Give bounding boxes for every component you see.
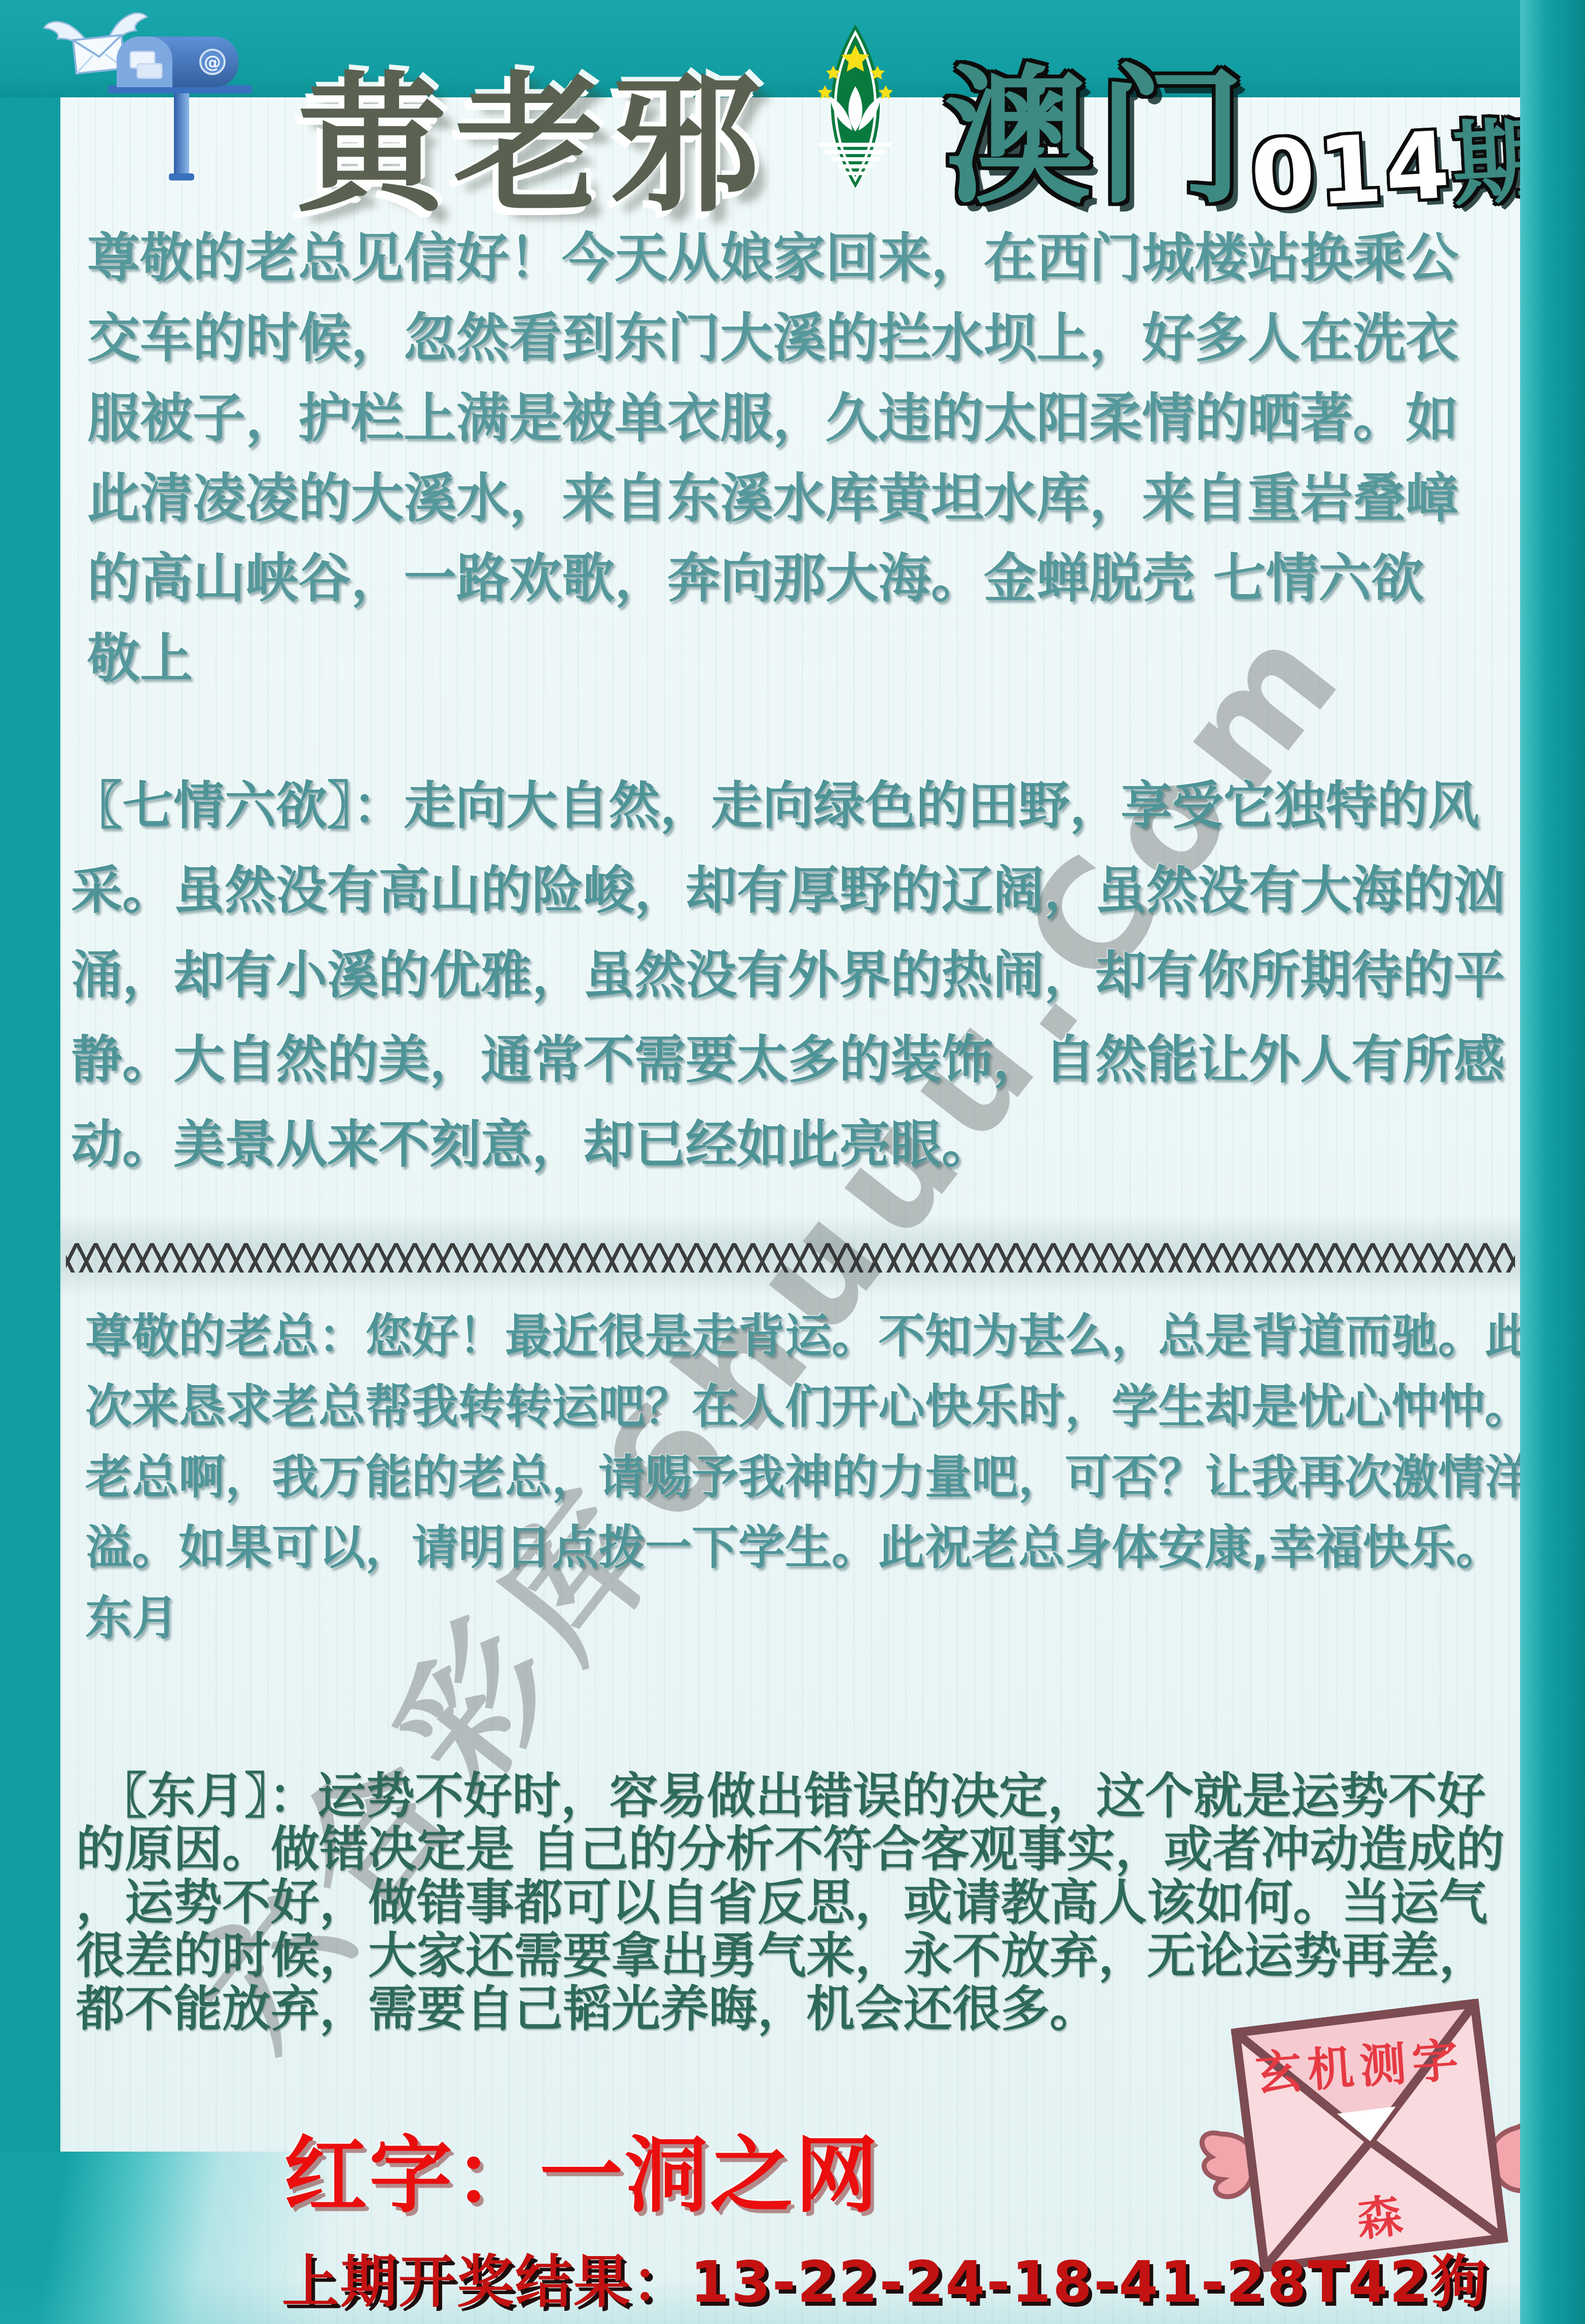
interpretation2-line: 的原因。做错决定是 自己的分析不符合客观事实，或者冲动造成的 xyxy=(76,1823,1504,1876)
letter1-paragraph: 尊敬的老总见信好！今天从娘家回来，在西门城楼站换乘公 交车的时候，忽然看到东门大… xyxy=(87,218,1458,699)
red-word-line: 红字：一洞之网 xyxy=(284,2108,880,2228)
letter2-paragraph: 尊敬的老总：您好！最近很是走背运。不知为甚么，总是背道而驰。此 次来恳求老总帮我… xyxy=(85,1301,1531,1653)
interpretation2-line: 很差的时候，大家还需要拿出勇气来，永不放弃，无论运势再差， xyxy=(76,1929,1504,1982)
chain-divider xyxy=(66,1243,1515,1273)
letter1-line: 的高山峡谷，一路欢歌，奔向那大海。金蝉脱壳 七情六欲 xyxy=(87,538,1458,619)
interpretation1-line: 涌，却有小溪的优雅，虽然没有外界的热闹，却有你所期待的平 xyxy=(71,933,1505,1018)
letter2-line: 尊敬的老总：您好！最近很是走背运。不知为甚么，总是背道而驰。此 xyxy=(85,1301,1531,1371)
issue-number: 014 xyxy=(1248,112,1455,230)
interpretation1-line: 静。大自然的美，通常不需要太多的装饰，自然能让外人有所感 xyxy=(71,1018,1505,1102)
interpretation1-line: 采。虽然没有高山的险峻，却有厚野的辽阔，虽然没有大海的汹 xyxy=(71,848,1505,933)
poster-page: @ 黄老邪 澳门 014期 六合彩库6huuu.Com 尊敬的老总 xyxy=(0,0,1585,2324)
site-name-title: 黄老邪 xyxy=(297,24,768,240)
letter1-line: 服被子，护栏上满是被单衣服，久违的太阳柔情的晒著。如 xyxy=(87,378,1458,458)
interpretation2-line: ，运势不好，做错事都可以自省反思，或请教高人该如何。当运气 xyxy=(76,1876,1504,1929)
region-title: 澳门 xyxy=(944,18,1250,231)
letter2-line: 老总啊，我万能的老总，请赐予我神的力量吧，可否？让我再次激情洋 xyxy=(85,1442,1531,1512)
interpretation1-line: 动。美景从来不刻意，却已经如此亮眼。 xyxy=(71,1102,1505,1187)
letter2-line: 溢。如果可以，请明日点拨一下学生。此祝老总身体安康,幸福快乐。 xyxy=(85,1512,1531,1583)
letter2-line: 东月 xyxy=(85,1583,1531,1653)
right-teal-band xyxy=(1520,0,1585,2324)
mailbox-at-glyph: @ xyxy=(204,52,221,72)
interpretation1-paragraph: 〖七情六欲〗：走向大自然，走向绿色的田野，享受它独特的风 采。虽然没有高山的险峻… xyxy=(71,764,1505,1187)
mailbox-icon: @ xyxy=(104,25,256,188)
letter1-line: 敬上 xyxy=(87,619,1458,699)
previous-result-line: 上期开奖结果：13-22-24-18-41-28T42狗 xyxy=(282,2237,1489,2318)
letter1-line: 尊敬的老总见信好！今天从娘家回来，在西门城楼站换乘公 xyxy=(87,218,1458,298)
letter1-line: 交车的时候，忽然看到东门大溪的拦水坝上，好多人在洗衣 xyxy=(87,298,1458,378)
letter2-line: 次来恳求老总帮我转转运吧？在人们开心快乐时，学生却是忧心忡忡。 xyxy=(85,1371,1531,1442)
interpretation2-line: 〖东月〗：运势不好时，容易做出错误的决定，这个就是运势不好 xyxy=(76,1769,1504,1823)
issue-label: 014期 xyxy=(1247,87,1551,234)
interpretation1-line: 〖七情六欲〗：走向大自然，走向绿色的田野，享受它独特的风 xyxy=(71,764,1505,848)
letter1-line: 此清凌凌的大溪水，来自东溪水库黄坦水库，来自重岩叠嶂 xyxy=(87,458,1458,538)
macau-lotus-icon xyxy=(785,20,926,193)
